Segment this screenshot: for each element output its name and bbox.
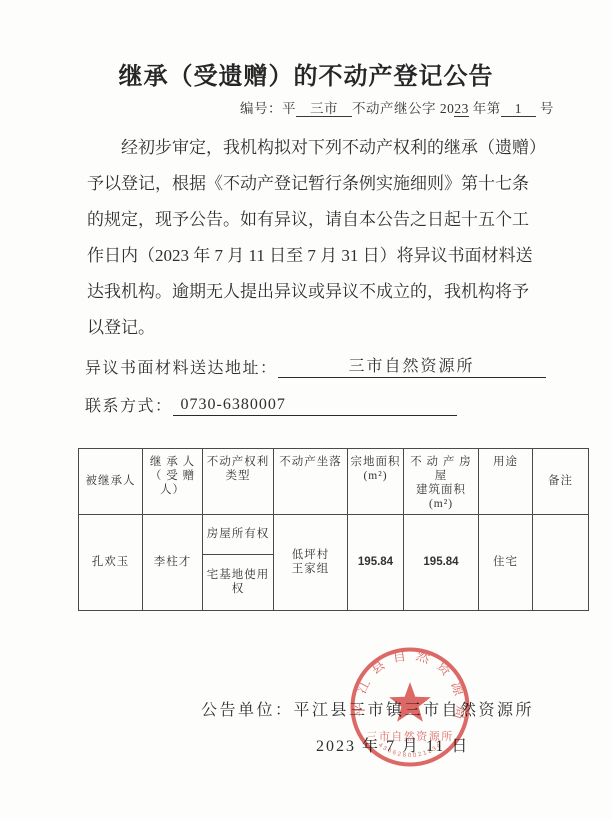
cell-parcel-area: 195.84 (348, 515, 404, 611)
doc-number-prefix: 编号：平 (240, 101, 296, 116)
body-paragraph: 经初步审定，我机构拟对下列不动产权利的继承（遗赠） 予以登记，根据《不动产登记暂… (87, 130, 537, 346)
cell-heir: 李柱才 (143, 515, 203, 611)
phone-value-underline: 0730-6380007 (173, 395, 457, 416)
table-header-row: 被继承人 继 承 人 （ 受 赠 人） 不动产权利 类型 不动产坐落 宗地面积 … (79, 449, 589, 515)
cell-right-type-house: 房屋所有权 (203, 515, 274, 555)
phone-line: 联系方式：0730-6380007 (85, 393, 457, 416)
registration-table: 被继承人 继 承 人 （ 受 赠 人） 不动产权利 类型 不动产坐落 宗地面积 … (78, 448, 589, 611)
header-location: 不动产坐落 (274, 449, 348, 515)
doc-number-middle: 不动产继公字 20 (352, 101, 454, 116)
doc-number-blank-office: 三市 (296, 101, 352, 117)
header-decedent: 被继承人 (79, 449, 143, 515)
cell-building-area: 195.84 (404, 515, 479, 611)
announcing-unit-line: 公告单位：平江县三市镇三市自然资源所 (201, 697, 534, 720)
cell-use: 住宅 (479, 515, 533, 611)
phone-label: 联系方式： (85, 398, 173, 415)
header-remark: 备注 (533, 449, 589, 515)
header-parcel-area: 宗地面积 (m²) (348, 449, 404, 515)
address-label: 异议书面材料送达地址： (85, 360, 278, 377)
cell-right-type-homestead: 宅基地使用 权 (203, 555, 274, 611)
body-line: 以登记。 (87, 310, 537, 346)
body-line: 的规定，现予公告。如有异议，请自本公告之日起十五个工 (87, 202, 537, 238)
header-right-type: 不动产权利 类型 (203, 449, 274, 515)
header-heir: 继 承 人 （ 受 赠 人） (143, 449, 203, 515)
address-line: 异议书面材料送达地址：三市自然资源所 (85, 355, 546, 378)
body-line: 予以登记，根据《不动产登记暂行条例实施细则》第十七条 (87, 166, 537, 202)
scanned-notice-page: 继承（受遗赠）的不动产登记公告 编号：平 三市 不动产继公字 2023 年第 1… (0, 0, 612, 820)
body-line: 作日内（2023 年 7 月 11 日至 7 月 31 日）将异议书面材料送 (87, 238, 537, 274)
address-value-underline: 三市自然资源所 (278, 357, 546, 378)
announcement-date: 2023 年 7 月 11 日 (316, 733, 469, 756)
doc-number-blank-year: 23 (454, 101, 469, 117)
header-use: 用途 (479, 449, 533, 515)
doc-number-blank-serial: 1 (501, 101, 536, 117)
doc-number-suffix: 号 (536, 101, 554, 116)
doc-number-middle2: 年第 (469, 101, 501, 116)
body-line: 达我机构。逾期无人提出异议或异议不成立的，我机构将予 (87, 274, 537, 310)
doc-number-line: 编号：平 三市 不动产继公字 2023 年第 1 号 (240, 97, 554, 117)
table-data-row: 孔欢玉 李柱才 房屋所有权 低坪村 王家组 195.84 195.84 住宅 (79, 515, 589, 555)
cell-remark (533, 515, 589, 611)
cell-location: 低坪村 王家组 (274, 515, 348, 611)
page-title: 继承（受遗赠）的不动产登记公告 (0, 56, 612, 91)
body-line: 经初步审定，我机构拟对下列不动产权利的继承（遗赠） (87, 130, 537, 166)
header-building-area: 不 动 产 房 屋 建筑面积(m²) (404, 449, 479, 515)
cell-decedent: 孔欢玉 (79, 515, 143, 611)
